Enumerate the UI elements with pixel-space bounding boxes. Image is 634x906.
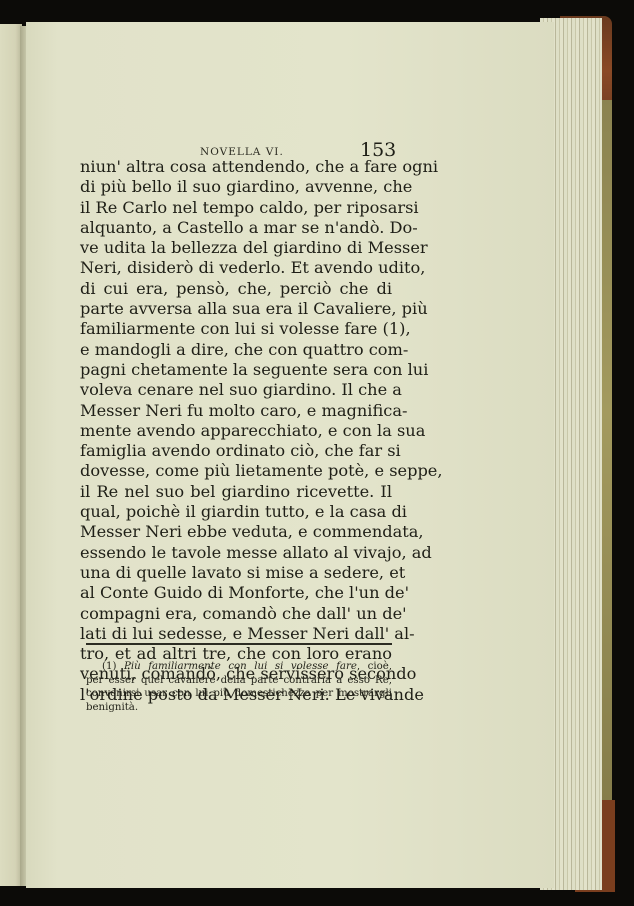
- footnote-line: convenirsi usar con lui più domestichezz…: [86, 687, 392, 701]
- body-text: niun' altra cosa attendendo, che a fare …: [80, 157, 392, 705]
- text-line: di cui era, pensò, che, perciò che di: [80, 279, 392, 299]
- footnote-marker: (1): [102, 661, 116, 672]
- text-line: e mandogli a dire, che con quattro com-: [80, 340, 392, 360]
- text-line: dovesse, come più lietamente potè, e sep…: [80, 461, 392, 481]
- text-line: il Re nel suo bel giardino ricevette. Il: [80, 482, 392, 502]
- footnote: (1) Più familiarmente con lui si volesse…: [86, 660, 392, 714]
- text-line: Messer Neri fu molto caro, e magnifica-: [80, 401, 392, 421]
- text-line: alquanto, a Castello a mar se n'andò. Do…: [80, 218, 392, 238]
- text-line: Neri, disiderò di vederlo. Et avendo udi…: [80, 258, 392, 278]
- footnote-rule: [86, 643, 392, 645]
- text-line: lati di lui sedesse, e Messer Neri dall'…: [80, 624, 392, 644]
- footnote-line: per esser quel cavaliere della parte con…: [86, 674, 392, 688]
- footnote-line: (1) Più familiarmente con lui si volesse…: [86, 660, 392, 674]
- text-line: parte avversa alla sua era il Cavaliere,…: [80, 299, 392, 319]
- text-line: familiarmente con lui si volesse fare (1…: [80, 319, 392, 339]
- text-line: al Conte Guido di Monforte, che l'un de': [80, 583, 392, 603]
- text-line: mente avendo apparecchiato, e con la sua: [80, 421, 392, 441]
- text-line: essendo le tavole messe allato al vivajo…: [80, 543, 392, 563]
- text-line: di più bello il suo giardino, avvenne, c…: [80, 177, 392, 197]
- text-line: compagni era, comandò che dall' un de': [80, 604, 392, 624]
- text-line: ve udita la bellezza del giardino di Mes…: [80, 238, 392, 258]
- text-line: niun' altra cosa attendendo, che a fare …: [80, 157, 392, 177]
- text-line: il Re Carlo nel tempo caldo, per riposar…: [80, 198, 392, 218]
- facing-page-edge: [0, 24, 22, 886]
- footnote-text: , cioè,: [357, 661, 392, 672]
- text-line: Messer Neri ebbe veduta, e commendata,: [80, 522, 392, 542]
- text-line: pagni chetamente la seguente sera con lu…: [80, 360, 392, 380]
- footnote-line: benignità.: [86, 701, 392, 715]
- text-line: voleva cenare nel suo giardino. Il che a: [80, 380, 392, 400]
- text-line: famiglia avendo ordinato ciò, che far si: [80, 441, 392, 461]
- text-line: una di quelle lavato si mise a sedere, e…: [80, 563, 392, 583]
- text-line: qual, poichè il giardin tutto, e la casa…: [80, 502, 392, 522]
- footnote-quote: Più familiarmente con lui si volesse far…: [124, 661, 357, 672]
